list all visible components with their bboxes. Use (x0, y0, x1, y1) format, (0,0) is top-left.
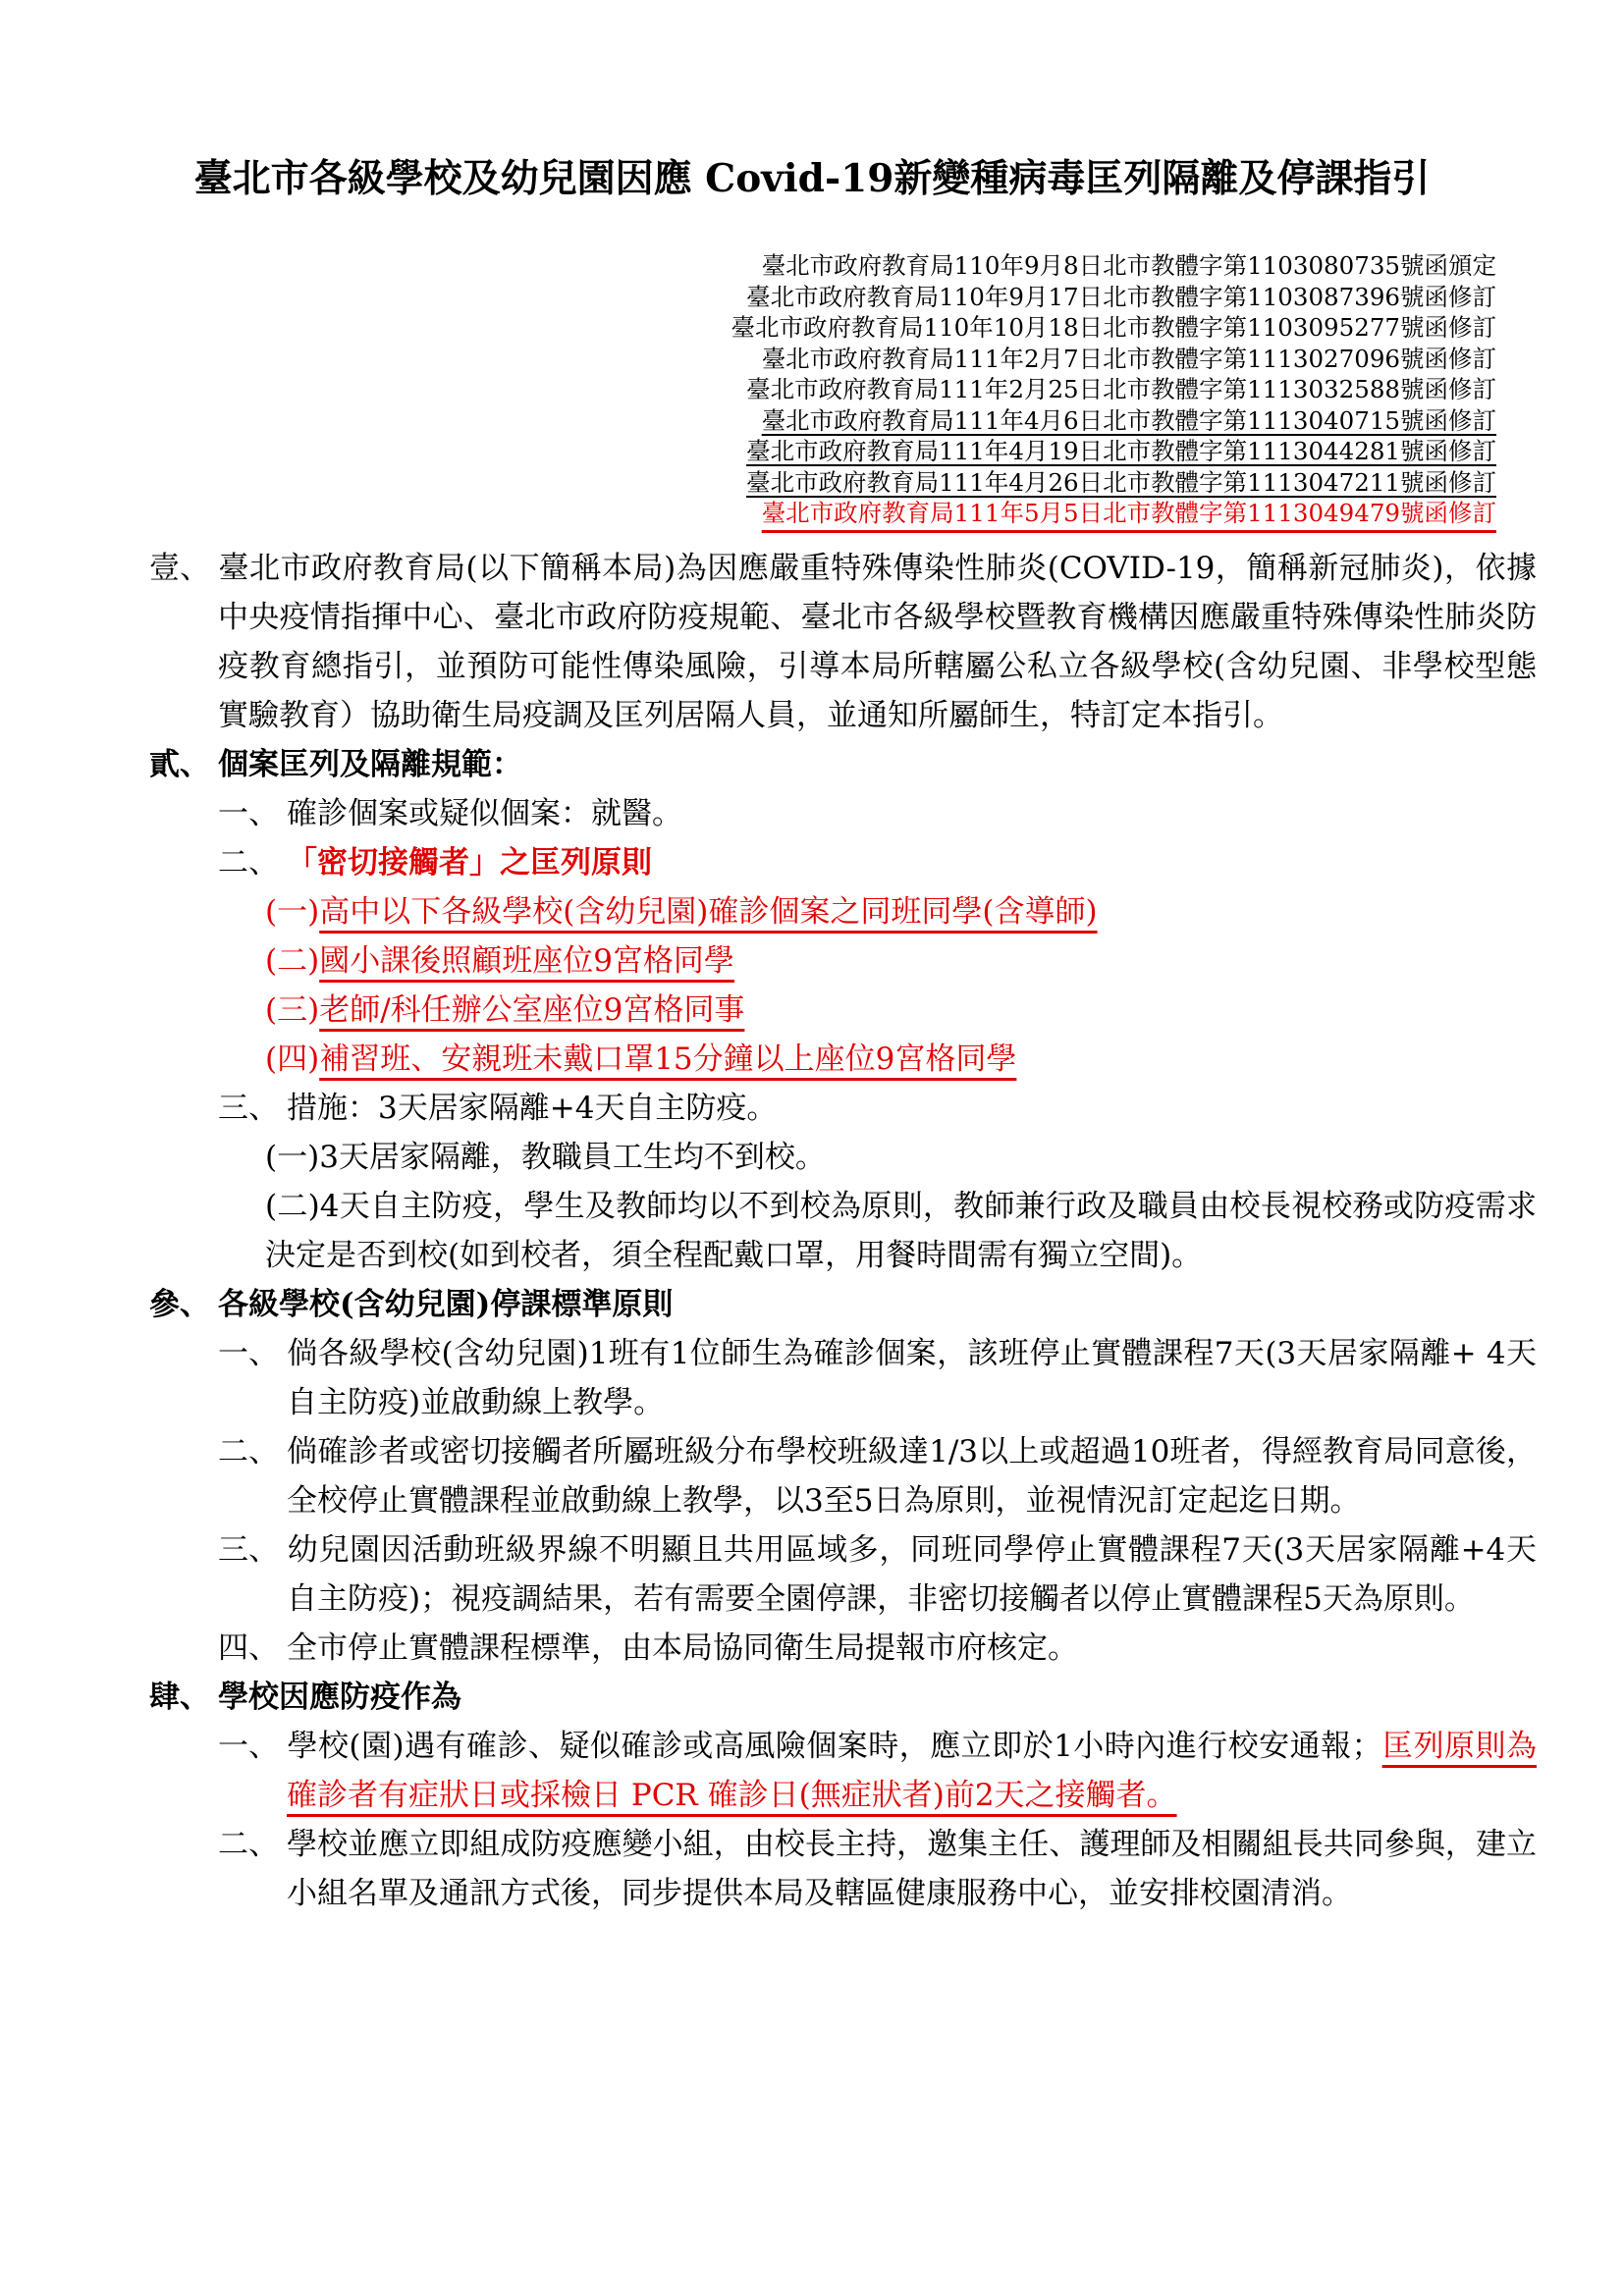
text-segment: 全市停止實體課程標準，由本局協同衛生局提報市府核定。 (287, 1630, 1078, 1666)
paragraph: (二)國小課後照顧班座位9宮格同學 (0, 936, 1537, 986)
list-marker: 二、 (218, 838, 287, 887)
text-segment: 幼兒園因活動班級界線不明顯且共用區域多，同班同學停止實體課程7天(3天居家隔離+… (287, 1532, 1537, 1617)
text-segment: 倘確診者或密切接觸者所屬班級分布學校班級達1/3以上或超過10班者，得經教育局同… (287, 1434, 1537, 1519)
paragraph: 四、全市停止實體課程標準，由本局協同衛生局提報市府核定。 (0, 1624, 1537, 1673)
document-page: 臺北市各級學校及幼兒園因應 Covid-19新變種病毒匡列隔離及停課指引 臺北市… (0, 0, 1624, 2296)
list-marker: (一) (265, 1140, 319, 1175)
list-marker: 肆、 (149, 1673, 218, 1722)
list-marker: (三) (265, 992, 319, 1028)
text-segment: 4天自主防疫，學生及教師均以不到校為原則，教師兼行政及職員由校長視校務或防疫需求… (265, 1189, 1537, 1273)
text-segment: 老師/科任辦公室座位9宮格同事 (319, 992, 744, 1028)
paragraph: 三、措施：3天居家隔離+4天自主防疫。 (0, 1084, 1537, 1133)
text-segment: 高中以下各級學校(含幼兒園)確診個案之同班同學(含導師) (319, 894, 1097, 930)
text-segment: 措施：3天居家隔離+4天自主防疫。 (287, 1091, 777, 1126)
paragraph: 壹、臺北市政府教育局(以下簡稱本局)為因應嚴重特殊傳染性肺炎(COVID-19，… (0, 544, 1537, 740)
paragraph: 參、各級學校(含幼兒園)停課標準原則 (0, 1280, 1537, 1329)
paragraph: 二、倘確診者或密切接觸者所屬班級分布學校班級達1/3以上或超過10班者，得經教育… (0, 1427, 1537, 1525)
list-marker: 壹、 (149, 544, 218, 593)
list-marker: 一、 (218, 789, 287, 838)
text-segment: 學校因應防疫作為 (218, 1680, 461, 1715)
text-segment: 臺北市政府教育局(以下簡稱本局)為因應嚴重特殊傳染性肺炎(COVID-19，簡稱… (218, 551, 1537, 733)
paragraph: 三、幼兒園因活動班級界線不明顯且共用區域多，同班同學停止實體課程7天(3天居家隔… (0, 1525, 1537, 1624)
paragraph: 二、學校並應立即組成防疫應變小組，由校長主持，邀集主任、護理師及相關組長共同參與… (0, 1820, 1537, 1918)
paragraph: 一、確診個案或疑似個案：就醫。 (0, 789, 1537, 838)
document-body: 壹、臺北市政府教育局(以下簡稱本局)為因應嚴重特殊傳染性肺炎(COVID-19，… (0, 544, 1624, 1918)
list-marker: 二、 (218, 1820, 287, 1869)
list-marker: 一、 (218, 1722, 287, 1771)
paragraph: (四)補習班、安親班未戴口罩15分鐘以上座位9宮格同學 (0, 1035, 1537, 1084)
revision-line: 臺北市政府教育局110年10月18日北市教體字第1103095277號函修訂 (0, 312, 1496, 344)
revision-line: 臺北市政府教育局111年5月5日北市教體字第1113049479號函修訂 (0, 498, 1496, 529)
revision-line: 臺北市政府教育局111年2月7日北市教體字第1113027096號函修訂 (0, 344, 1496, 375)
list-marker: (二) (265, 943, 319, 979)
text-segment: 國小課後照顧班座位9宮格同學 (319, 943, 734, 979)
text-segment: 各級學校(含幼兒園)停課標準原則 (218, 1287, 673, 1322)
revision-line: 臺北市政府教育局110年9月17日北市教體字第1103087396號函修訂 (0, 282, 1496, 313)
revision-line: 臺北市政府教育局111年4月26日北市教體字第1113047211號函修訂 (0, 467, 1496, 499)
text-segment: 3天居家隔離，教職員工生均不到校。 (319, 1140, 826, 1175)
revision-history: 臺北市政府教育局110年9月8日北市教體字第1103080735號函頒定臺北市政… (0, 250, 1624, 529)
text-segment: 學校(園)遇有確診、疑似確診或高風險個案時，應立即於1小時內進行校安通報； (287, 1729, 1382, 1764)
revision-line: 臺北市政府教育局111年4月6日北市教體字第1113040715號函修訂 (0, 405, 1496, 437)
text-segment: 補習班、安親班未戴口罩15分鐘以上座位9宮格同學 (319, 1041, 1016, 1077)
paragraph: (一)3天居家隔離，教職員工生均不到校。 (0, 1133, 1537, 1182)
list-marker: 參、 (149, 1280, 218, 1329)
list-marker: 四、 (218, 1624, 287, 1673)
paragraph: 肆、學校因應防疫作為 (0, 1673, 1537, 1722)
text-segment: 個案匡列及隔離規範： (218, 747, 522, 782)
list-marker: 一、 (218, 1329, 287, 1378)
text-segment: 學校並應立即組成防疫應變小組，由校長主持，邀集主任、護理師及相關組長共同參與，建… (287, 1827, 1537, 1911)
list-marker: (一) (265, 894, 319, 930)
paragraph: 貳、個案匡列及隔離規範： (0, 740, 1537, 789)
text-segment: 「密切接觸者」之匡列原則 (287, 845, 652, 881)
paragraph: (二)4天自主防疫，學生及教師均以不到校為原則，教師兼行政及職員由校長視校務或防… (0, 1182, 1537, 1280)
paragraph: (一)高中以下各級學校(含幼兒園)確診個案之同班同學(含導師) (0, 887, 1537, 936)
list-marker: 三、 (218, 1084, 287, 1133)
paragraph: (三)老師/科任辦公室座位9宮格同事 (0, 986, 1537, 1035)
text-segment: 確診個案或疑似個案：就醫。 (287, 796, 682, 831)
list-marker: 二、 (218, 1427, 287, 1476)
paragraph: 二、「密切接觸者」之匡列原則 (0, 838, 1537, 887)
list-marker: 貳、 (149, 740, 218, 789)
revision-line: 臺北市政府教育局110年9月8日北市教體字第1103080735號函頒定 (0, 250, 1496, 282)
list-marker: (二) (265, 1189, 320, 1224)
text-segment: 倘各級學校(含幼兒園)1班有1位師生為確診個案，該班停止實體課程7天(3天居家隔… (287, 1336, 1537, 1420)
paragraph: 一、倘各級學校(含幼兒園)1班有1位師生為確診個案，該班停止實體課程7天(3天居… (0, 1329, 1537, 1427)
paragraph: 一、學校(園)遇有確診、疑似確診或高風險個案時，應立即於1小時內進行校安通報；匡… (0, 1722, 1537, 1820)
document-title: 臺北市各級學校及幼兒園因應 Covid-19新變種病毒匡列隔離及停課指引 (0, 0, 1624, 203)
revision-line: 臺北市政府教育局111年2月25日北市教體字第1113032588號函修訂 (0, 374, 1496, 405)
list-marker: (四) (265, 1041, 319, 1077)
revision-line: 臺北市政府教育局111年4月19日北市教體字第1113044281號函修訂 (0, 436, 1496, 467)
list-marker: 三、 (218, 1525, 287, 1575)
